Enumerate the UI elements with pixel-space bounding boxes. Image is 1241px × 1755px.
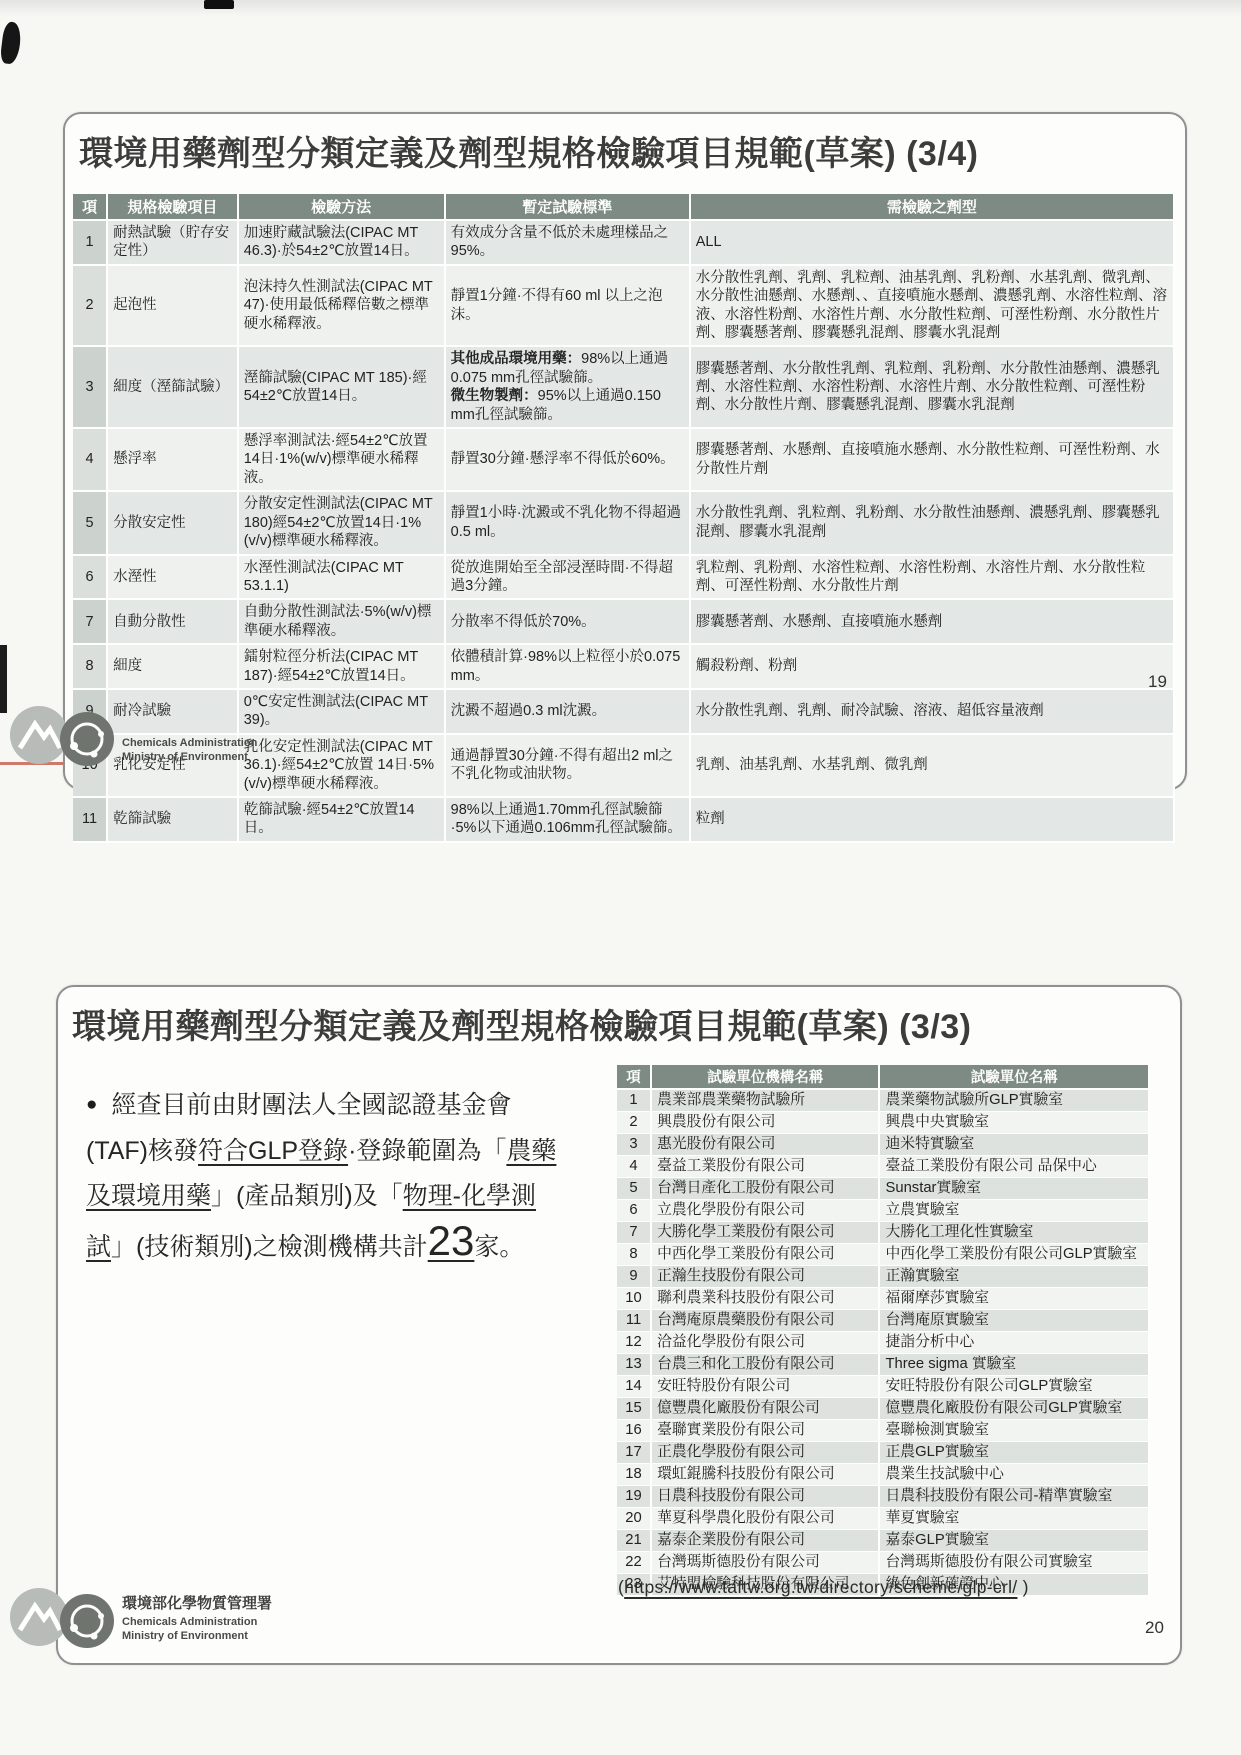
spec-table-row: 11乾篩試驗乾篩試驗·經54±2℃放置14日。98%以上通過1.70mm孔徑試驗… bbox=[73, 797, 1174, 842]
lab-table-row: 22台灣瑪斯德股份有限公司台灣瑪斯德股份有限公司實驗室 bbox=[617, 1552, 1149, 1574]
cell-item-no: 11 bbox=[73, 797, 107, 842]
cell-item-no: 21 bbox=[617, 1530, 651, 1552]
cell-lab-name: 大勝化工理化性實驗室 bbox=[879, 1222, 1149, 1244]
cell-required-forms: 水分散性乳劑、乳劑、乳粒劑、油基乳劑、乳粉劑、水基乳劑、微乳劑、水分散性油懸劑、… bbox=[690, 265, 1174, 347]
lab-table-row: 11台灣庵原農藥股份有限公司台灣庵原實驗室 bbox=[617, 1310, 1149, 1332]
cell-item-no: 2 bbox=[73, 265, 107, 347]
lab-table-row: 19日農科技股份有限公司日農科技股份有限公司-精準實驗室 bbox=[617, 1486, 1149, 1508]
cell-test-method: 自動分散性測試法·5%(w/v)標準硬水稀釋液。 bbox=[238, 599, 445, 644]
column-header: 項 bbox=[617, 1065, 651, 1089]
cell-org-name: 農業部農業藥物試驗所 bbox=[651, 1089, 879, 1112]
lab-table-row: 5台灣日產化工股份有限公司Sunstar實驗室 bbox=[617, 1178, 1149, 1200]
bullet-text-segment: ·登錄範圍為「 bbox=[348, 1137, 506, 1165]
cell-lab-name: Three sigma 實驗室 bbox=[879, 1354, 1149, 1376]
glp-lab-table: 項試驗單位機構名稱試驗單位名稱 1農業部農業藥物試驗所農業藥物試驗所GLP實驗室… bbox=[617, 1065, 1150, 1596]
lab-table-row: 6立農化學股份有限公司立農實驗室 bbox=[617, 1200, 1149, 1222]
cell-item-no: 4 bbox=[617, 1156, 651, 1178]
cell-required-forms: 觸殺粉劑、粉劑 bbox=[690, 644, 1174, 689]
cell-org-name: 台農三和化工股份有限公司 bbox=[651, 1354, 879, 1376]
cell-item-no: 8 bbox=[617, 1244, 651, 1266]
cell-item-no: 13 bbox=[617, 1354, 651, 1376]
lab-table-row: 21嘉泰企業股份有限公司嘉泰GLP實驗室 bbox=[617, 1530, 1149, 1552]
cell-item-no: 1 bbox=[73, 220, 107, 265]
cell-tentative-standard: 通過靜置30分鐘·不得有超出2 ml之不乳化物或油狀物。 bbox=[445, 734, 690, 797]
bullet-text-segment: 家。 bbox=[474, 1233, 524, 1261]
slide1-footer-org: Chemicals Administration Ministry of Env… bbox=[122, 736, 257, 765]
cell-org-name: 洽益化學股份有限公司 bbox=[651, 1332, 879, 1354]
scanned-page: 環境用藥劑型分類定義及劑型規格檢驗項目規範(草案) (3/4) 項規格檢驗項目檢… bbox=[0, 0, 1241, 1755]
scan-artifact-blob bbox=[0, 21, 22, 65]
cell-spec-item: 乾篩試驗 bbox=[107, 797, 238, 842]
cell-org-name: 日農科技股份有限公司 bbox=[651, 1486, 879, 1508]
cell-tentative-standard: 依體積計算·98%以上粒徑小於0.075 mm。 bbox=[445, 644, 690, 689]
cell-item-no: 5 bbox=[73, 491, 107, 554]
cell-tentative-standard: 從放進開始至全部浸溼時間·不得超過3分鐘。 bbox=[445, 555, 690, 600]
cell-org-name: 臺聯實業股份有限公司 bbox=[651, 1420, 879, 1442]
cell-required-forms: 水分散性乳劑、乳劑、耐冷試驗、溶液、超低容量液劑 bbox=[690, 689, 1174, 734]
cell-org-name: 正瀚生技股份有限公司 bbox=[651, 1266, 879, 1288]
cell-item-no: 6 bbox=[617, 1200, 651, 1222]
cell-item-no: 18 bbox=[617, 1464, 651, 1486]
cell-item-no: 2 bbox=[617, 1112, 651, 1134]
cell-org-name: 臺益工業股份有限公司 bbox=[651, 1156, 879, 1178]
column-header: 規格檢驗項目 bbox=[107, 194, 238, 220]
source-url: (https://www.taftw.org.tw/directory/sche… bbox=[618, 1577, 1029, 1598]
cell-item-no: 14 bbox=[617, 1376, 651, 1398]
cell-org-name: 億豐農化廠股份有限公司 bbox=[651, 1398, 879, 1420]
cell-item-no: 8 bbox=[73, 644, 107, 689]
cell-required-forms: 膠囊懸著劑、水懸劑、直接噴施水懸劑、水分散性粒劑、可溼性粉劑、水分散性片劑 bbox=[690, 428, 1174, 491]
cell-test-method: 懸浮率測試法·經54±2℃放置14日·1%(w/v)標準硬水稀釋液。 bbox=[238, 428, 445, 491]
slide2-page-number: 20 bbox=[1145, 1618, 1164, 1638]
lab-table-row: 4臺益工業股份有限公司臺益工業股份有限公司 品保中心 bbox=[617, 1156, 1149, 1178]
column-header: 試驗單位機構名稱 bbox=[651, 1065, 879, 1089]
cell-tentative-standard: 靜置1分鐘·不得有60 ml 以上之泡沫。 bbox=[445, 265, 690, 347]
taf-glp-bullet: ●經查目前由財團法人全國認證基金會(TAF)核發符合GLP登錄·登錄範圍為「農藥… bbox=[86, 1083, 564, 1270]
lab-table-row: 18環虹錕騰科技股份有限公司農業生技試驗中心 bbox=[617, 1464, 1149, 1486]
spec-table-row: 4懸浮率懸浮率測試法·經54±2℃放置14日·1%(w/v)標準硬水稀釋液。靜置… bbox=[73, 428, 1174, 491]
lab-table-row: 20華夏科學農化股份有限公司華夏實驗室 bbox=[617, 1508, 1149, 1530]
cell-lab-name: 福爾摩莎實驗室 bbox=[879, 1288, 1149, 1310]
cell-required-forms: 膠囊懸著劑、水懸劑、直接噴施水懸劑 bbox=[690, 599, 1174, 644]
footer-org-en2: Ministry of Environment bbox=[122, 1629, 272, 1643]
cell-spec-item: 細度（溼篩試驗） bbox=[107, 346, 238, 428]
cell-item-no: 6 bbox=[73, 555, 107, 600]
spec-table-row: 1耐熱試驗（貯存安定性）加速貯藏試驗法(CIPAC MT 46.3)·於54±2… bbox=[73, 220, 1174, 265]
cell-item-no: 11 bbox=[617, 1310, 651, 1332]
cell-lab-name: 農業生技試驗中心 bbox=[879, 1464, 1149, 1486]
cell-lab-name: 興農中央實驗室 bbox=[879, 1112, 1149, 1134]
cell-item-no: 20 bbox=[617, 1508, 651, 1530]
cell-required-forms: 膠囊懸著劑、水分散性乳劑、乳粒劑、乳粉劑、水分散性油懸劑、濃懸乳劑、水溶性粒劑、… bbox=[690, 346, 1174, 428]
cell-org-name: 台灣日產化工股份有限公司 bbox=[651, 1178, 879, 1200]
slide-2: 環境用藥劑型分類定義及劑型規格檢驗項目規範(草案) (3/3) ●經查目前由財團… bbox=[56, 985, 1182, 1665]
cell-lab-name: 日農科技股份有限公司-精準實驗室 bbox=[879, 1486, 1149, 1508]
cell-tentative-standard: 靜置1小時·沈澱或不乳化物不得超過0.5 ml。 bbox=[445, 491, 690, 554]
cell-lab-name: 正農GLP實驗室 bbox=[879, 1442, 1149, 1464]
cell-item-no: 9 bbox=[617, 1266, 651, 1288]
cell-spec-item: 起泡性 bbox=[107, 265, 238, 347]
cell-item-no: 10 bbox=[617, 1288, 651, 1310]
cell-tentative-standard: 其他成品環境用藥：98%以上通過0.075 mm孔徑試驗篩。微生物製劑：95%以… bbox=[445, 346, 690, 428]
cell-lab-name: 臺益工業股份有限公司 品保中心 bbox=[879, 1156, 1149, 1178]
cell-item-no: 16 bbox=[617, 1420, 651, 1442]
slide2-title: 環境用藥劑型分類定義及劑型規格檢驗項目規範(草案) (3/3) bbox=[72, 999, 972, 1048]
table2-header-row: 項試驗單位機構名稱試驗單位名稱 bbox=[617, 1065, 1149, 1089]
cell-test-method: 分散安定性測試法(CIPAC MT 180)經54±2℃放置14日·1%(v/v… bbox=[238, 491, 445, 554]
lab-table-row: 14安旺特股份有限公司安旺特股份有限公司GLP實驗室 bbox=[617, 1376, 1149, 1398]
cell-spec-item: 細度 bbox=[107, 644, 238, 689]
cell-org-name: 嘉泰企業股份有限公司 bbox=[651, 1530, 879, 1552]
column-header: 項 bbox=[73, 194, 107, 220]
cell-org-name: 台灣瑪斯德股份有限公司 bbox=[651, 1552, 879, 1574]
bullet-text-segment: 」(技術類別)之檢測機構共計 bbox=[111, 1233, 428, 1261]
cell-org-name: 興農股份有限公司 bbox=[651, 1112, 879, 1134]
bullet-text-segment: 符合GLP登錄 bbox=[198, 1137, 348, 1165]
lab-table-row: 2興農股份有限公司興農中央實驗室 bbox=[617, 1112, 1149, 1134]
scan-artifact-left-bar bbox=[0, 645, 7, 713]
cha-logo-molecule-icon bbox=[60, 712, 114, 766]
cell-lab-name: 億豐農化廠股份有限公司GLP實驗室 bbox=[879, 1398, 1149, 1420]
cell-tentative-standard: 98%以上通過1.70mm孔徑試驗篩·5%以下通過0.106mm孔徑試驗篩。 bbox=[445, 797, 690, 842]
cha-logo-molecule-icon bbox=[60, 1594, 114, 1648]
cell-lab-name: 中西化學工業股份有限公司GLP實驗室 bbox=[879, 1244, 1149, 1266]
cell-org-name: 立農化學股份有限公司 bbox=[651, 1200, 879, 1222]
cell-item-no: 17 bbox=[617, 1442, 651, 1464]
cell-required-forms: 乳劑、油基乳劑、水基乳劑、微乳劑 bbox=[690, 734, 1174, 797]
source-url-link: https://www.taftw.org.tw/directory/schem… bbox=[624, 1577, 1017, 1597]
cell-org-name: 惠光股份有限公司 bbox=[651, 1134, 879, 1156]
column-header: 需檢驗之劑型 bbox=[690, 194, 1174, 220]
spec-table-row: 2起泡性泡沫持久性測試法(CIPAC MT 47)·使用最低稀釋倍數之標準硬水稀… bbox=[73, 265, 1174, 347]
cell-org-name: 正農化學股份有限公司 bbox=[651, 1442, 879, 1464]
cell-spec-item: 水溼性 bbox=[107, 555, 238, 600]
cell-org-name: 華夏科學農化股份有限公司 bbox=[651, 1508, 879, 1530]
lab-table-row: 13台農三和化工股份有限公司Three sigma 實驗室 bbox=[617, 1354, 1149, 1376]
lab-table-row: 1農業部農業藥物試驗所農業藥物試驗所GLP實驗室 bbox=[617, 1089, 1149, 1112]
cell-required-forms: 水分散性乳劑、乳粒劑、乳粉劑、水分散性油懸劑、濃懸乳劑、膠囊懸乳混劑、膠囊水乳混… bbox=[690, 491, 1174, 554]
column-header: 檢驗方法 bbox=[238, 194, 445, 220]
spec-table-row: 3細度（溼篩試驗）溼篩試驗(CIPAC MT 185)·經54±2℃放置14日。… bbox=[73, 346, 1174, 428]
cell-spec-item: 自動分散性 bbox=[107, 599, 238, 644]
cell-org-name: 安旺特股份有限公司 bbox=[651, 1376, 879, 1398]
footer-org-en1: Chemicals Administration bbox=[122, 736, 257, 750]
cell-lab-name: 迪米特實驗室 bbox=[879, 1134, 1149, 1156]
cell-required-forms: 乳粒劑、乳粉劑、水溶性粒劑、水溶性粉劑、水溶性片劑、水分散性粒劑、可溼性粉劑、水… bbox=[690, 555, 1174, 600]
cell-item-no: 22 bbox=[617, 1552, 651, 1574]
bullet-icon: ● bbox=[86, 1094, 97, 1115]
cell-org-name: 大勝化學工業股份有限公司 bbox=[651, 1222, 879, 1244]
cell-lab-name: 臺聯檢測實驗室 bbox=[879, 1420, 1149, 1442]
lab-table-row: 12洽益化學股份有限公司捷詣分析中心 bbox=[617, 1332, 1149, 1354]
cell-lab-name: 正瀚實驗室 bbox=[879, 1266, 1149, 1288]
cell-tentative-standard: 沈澱不超過0.3 ml沈澱。 bbox=[445, 689, 690, 734]
spec-table-row: 8細度鐳射粒徑分析法(CIPAC MT 187)·經54±2℃放置14日。依體積… bbox=[73, 644, 1174, 689]
cell-org-name: 中西化學工業股份有限公司 bbox=[651, 1244, 879, 1266]
cell-test-method: 鐳射粒徑分析法(CIPAC MT 187)·經54±2℃放置14日。 bbox=[238, 644, 445, 689]
cell-item-no: 12 bbox=[617, 1332, 651, 1354]
cell-spec-item: 分散安定性 bbox=[107, 491, 238, 554]
cell-org-name: 聯利農業科技股份有限公司 bbox=[651, 1288, 879, 1310]
cell-lab-name: 嘉泰GLP實驗室 bbox=[879, 1530, 1149, 1552]
slide2-footer-org: 環境部化學物質管理署 Chemicals Administration Mini… bbox=[122, 1592, 272, 1644]
cell-test-method: 水溼性測試法(CIPAC MT 53.1.1) bbox=[238, 555, 445, 600]
lab-table-row: 3惠光股份有限公司迪米特實驗室 bbox=[617, 1134, 1149, 1156]
cell-item-no: 7 bbox=[73, 599, 107, 644]
slide1-title: 環境用藥劑型分類定義及劑型規格檢驗項目規範(草案) (3/4) bbox=[79, 126, 979, 175]
lab-table-row: 9正瀚生技股份有限公司正瀚實驗室 bbox=[617, 1266, 1149, 1288]
lab-table-row: 15億豐農化廠股份有限公司億豐農化廠股份有限公司GLP實驗室 bbox=[617, 1398, 1149, 1420]
column-header: 試驗單位名稱 bbox=[879, 1065, 1149, 1089]
lab-table-row: 7大勝化學工業股份有限公司大勝化工理化性實驗室 bbox=[617, 1222, 1149, 1244]
cell-org-name: 台灣庵原農藥股份有限公司 bbox=[651, 1310, 879, 1332]
cell-test-method: 乾篩試驗·經54±2℃放置14日。 bbox=[238, 797, 445, 842]
cell-tentative-standard: 靜置30分鐘·懸浮率不得低於60%。 bbox=[445, 428, 690, 491]
cell-lab-name: 台灣庵原實驗室 bbox=[879, 1310, 1149, 1332]
cell-lab-name: Sunstar實驗室 bbox=[879, 1178, 1149, 1200]
cell-required-forms: ALL bbox=[690, 220, 1174, 265]
spec-table-row: 6水溼性水溼性測試法(CIPAC MT 53.1.1)從放進開始至全部浸溼時間·… bbox=[73, 555, 1174, 600]
cell-lab-name: 立農實驗室 bbox=[879, 1200, 1149, 1222]
cell-spec-item: 耐熱試驗（貯存安定性） bbox=[107, 220, 238, 265]
cell-spec-item: 懸浮率 bbox=[107, 428, 238, 491]
cell-item-no: 3 bbox=[73, 346, 107, 428]
slide-1: 環境用藥劑型分類定義及劑型規格檢驗項目規範(草案) (3/4) 項規格檢驗項目檢… bbox=[63, 112, 1187, 790]
slide1-page-number: 19 bbox=[1148, 672, 1167, 692]
cell-item-no: 15 bbox=[617, 1398, 651, 1420]
cell-lab-name: 安旺特股份有限公司GLP實驗室 bbox=[879, 1376, 1149, 1398]
scan-edge-shading bbox=[0, 0, 1241, 16]
cell-lab-name: 捷詣分析中心 bbox=[879, 1332, 1149, 1354]
footer-org-zh: 環境部化學物質管理署 bbox=[122, 1592, 272, 1613]
lab-table-row: 8中西化學工業股份有限公司中西化學工業股份有限公司GLP實驗室 bbox=[617, 1244, 1149, 1266]
lab-table-row: 17正農化學股份有限公司正農GLP實驗室 bbox=[617, 1442, 1149, 1464]
scan-artifact-dash bbox=[204, 0, 234, 9]
lab-table-row: 10聯利農業科技股份有限公司福爾摩莎實驗室 bbox=[617, 1288, 1149, 1310]
cell-lab-name: 華夏實驗室 bbox=[879, 1508, 1149, 1530]
cell-tentative-standard: 分散率不得低於70%。 bbox=[445, 599, 690, 644]
cell-lab-name: 農業藥物試驗所GLP實驗室 bbox=[879, 1089, 1149, 1112]
cell-org-name: 環虹錕騰科技股份有限公司 bbox=[651, 1464, 879, 1486]
cell-test-method: 泡沫持久性測試法(CIPAC MT 47)·使用最低稀釋倍數之標準硬水稀釋液。 bbox=[238, 265, 445, 347]
lab-table-row: 16臺聯實業股份有限公司臺聯檢測實驗室 bbox=[617, 1420, 1149, 1442]
cell-item-no: 1 bbox=[617, 1089, 651, 1112]
footer-org-en2: Ministry of Environment bbox=[122, 750, 257, 764]
cell-lab-name: 台灣瑪斯德股份有限公司實驗室 bbox=[879, 1552, 1149, 1574]
spec-table-row: 5分散安定性分散安定性測試法(CIPAC MT 180)經54±2℃放置14日·… bbox=[73, 491, 1174, 554]
cell-test-method: 乳化安定性測試法(CIPAC MT 36.1)·經54±2℃放置 14日·5%(… bbox=[238, 734, 445, 797]
cell-required-forms: 粒劑 bbox=[690, 797, 1174, 842]
cell-spec-item: 耐冷試驗 bbox=[107, 689, 238, 734]
table1-header-row: 項規格檢驗項目檢驗方法暫定試驗標準需檢驗之劑型 bbox=[73, 194, 1174, 220]
source-url-suffix: ) bbox=[1017, 1577, 1028, 1597]
cell-test-method: 0℃安定性測試法(CIPAC MT 39)。 bbox=[238, 689, 445, 734]
cell-item-no: 3 bbox=[617, 1134, 651, 1156]
cell-item-no: 5 bbox=[617, 1178, 651, 1200]
footer-org-en1: Chemicals Administration bbox=[122, 1615, 272, 1629]
cell-test-method: 溼篩試驗(CIPAC MT 185)·經54±2℃放置14日。 bbox=[238, 346, 445, 428]
cell-item-no: 7 bbox=[617, 1222, 651, 1244]
cell-item-no: 4 bbox=[73, 428, 107, 491]
spec-table-row: 7自動分散性自動分散性測試法·5%(w/v)標準硬水稀釋液。分散率不得低於70%… bbox=[73, 599, 1174, 644]
cell-test-method: 加速貯藏試驗法(CIPAC MT 46.3)·於54±2℃放置14日。 bbox=[238, 220, 445, 265]
column-header: 暫定試驗標準 bbox=[445, 194, 690, 220]
cell-tentative-standard: 有效成分含量不低於未處理樣品之95%。 bbox=[445, 220, 690, 265]
bullet-text-segment: 23 bbox=[428, 1217, 475, 1264]
glp-lab-table-wrap: 項試驗單位機構名稱試驗單位名稱 1農業部農業藥物試驗所農業藥物試驗所GLP實驗室… bbox=[617, 1065, 1150, 1596]
spec-table-row: 9耐冷試驗0℃安定性測試法(CIPAC MT 39)。沈澱不超過0.3 ml沈澱… bbox=[73, 689, 1174, 734]
cell-item-no: 19 bbox=[617, 1486, 651, 1508]
bullet-text-segment: 核發 bbox=[148, 1137, 198, 1165]
bullet-text-segment: 」(產品類別)及「 bbox=[211, 1182, 403, 1210]
